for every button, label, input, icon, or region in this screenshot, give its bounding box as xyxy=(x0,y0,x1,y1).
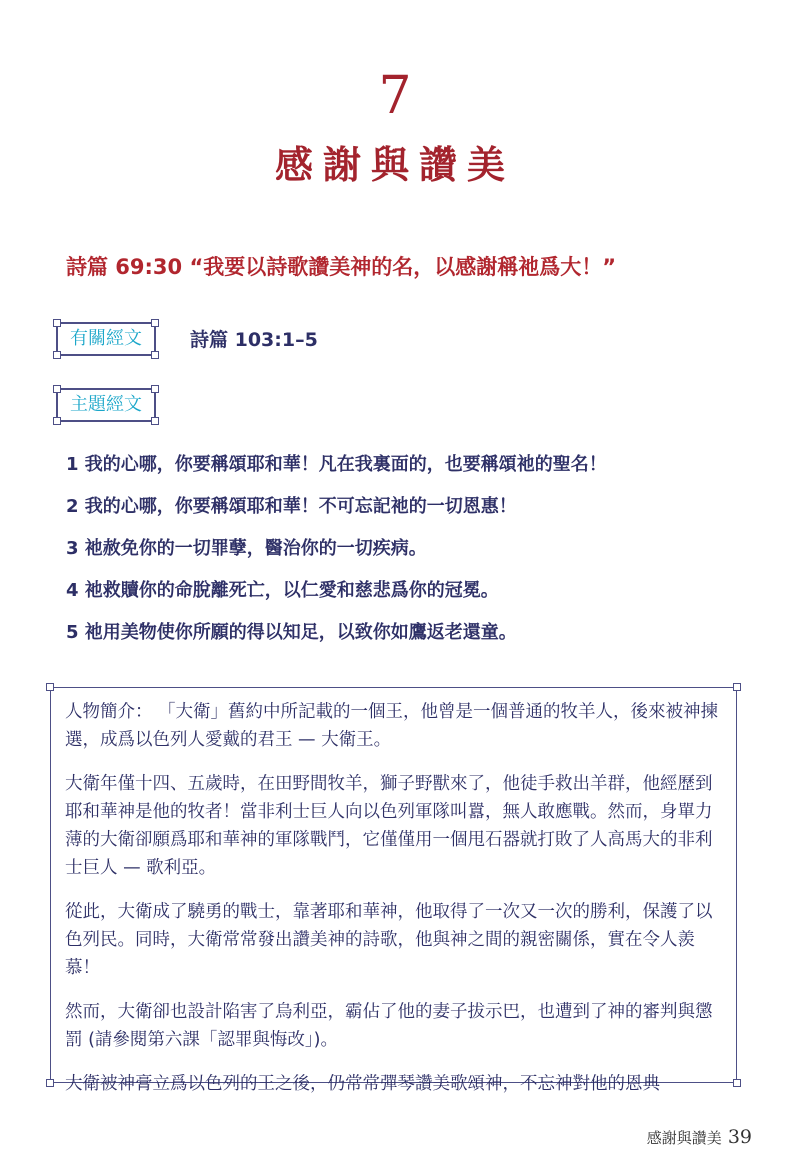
related-scripture-reference: 詩篇 103:1–5 xyxy=(190,326,318,354)
frame-corner-ornament xyxy=(46,1079,54,1087)
theme-verses: 1 我的心哪，你要稱頌耶和華！凡在我裏面的，也要稱頌祂的聖名！ 2 我的心哪，你… xyxy=(66,452,607,662)
related-scripture-label: 有關經文 xyxy=(56,322,156,356)
frame-corner-ornament xyxy=(53,417,61,425)
page-number: 39 xyxy=(728,1126,752,1148)
key-verse: 詩篇 69:30 “我要以詩歌讚美神的名，以感謝稱祂爲大！” xyxy=(66,252,616,282)
frame-corner-ornament xyxy=(46,683,54,691)
biography-paragraph: 大衛被神膏立爲以色列的王之後，仍常常彈琴讚美歌頌神，不忘神對他的恩典 xyxy=(65,1070,722,1098)
running-title: 感謝與讚美 xyxy=(647,1129,722,1147)
biography-box: 人物簡介： 「大衛」舊約中所記載的一個王，他曾是一個普通的牧羊人，後來被神揀選，… xyxy=(50,687,737,1083)
frame-corner-ornament xyxy=(53,351,61,359)
biography-paragraph: 大衛年僅十四、五歲時，在田野間牧羊，獅子野獸來了，他徒手救出羊群，他經歷到耶和華… xyxy=(65,770,722,882)
verse-line: 1 我的心哪，你要稱頌耶和華！凡在我裏面的，也要稱頌祂的聖名！ xyxy=(66,452,607,494)
theme-scripture-label: 主題經文 xyxy=(56,388,156,422)
verse-line: 3 祂赦免你的一切罪孽，醫治你的一切疾病。 xyxy=(66,536,607,578)
related-scripture-label-text: 有關經文 xyxy=(70,328,142,349)
verse-line: 4 祂救贖你的命脫離死亡，以仁愛和慈悲爲你的冠冕。 xyxy=(66,578,607,620)
verse-line: 2 我的心哪，你要稱頌耶和華！不可忘記祂的一切恩惠！ xyxy=(66,494,607,536)
biography-paragraph: 人物簡介： 「大衛」舊約中所記載的一個王，他曾是一個普通的牧羊人，後來被神揀選，… xyxy=(65,698,722,754)
biography-paragraph: 從此，大衛成了驍勇的戰士，靠著耶和華神，他取得了一次又一次的勝利，保護了以色列民… xyxy=(65,898,722,982)
biography-paragraph: 然而，大衛卻也設計陷害了烏利亞，霸佔了他的妻子拔示巴，也遭到了神的審判與懲罰 (… xyxy=(65,998,722,1054)
frame-corner-ornament xyxy=(733,683,741,691)
frame-corner-ornament xyxy=(151,385,159,393)
theme-scripture-label-text: 主題經文 xyxy=(70,394,142,415)
verse-line: 5 祂用美物使你所願的得以知足，以致你如鷹返老還童。 xyxy=(66,620,607,662)
chapter-number: 7 xyxy=(0,66,790,126)
page-footer: 感謝與讚美39 xyxy=(647,1125,752,1150)
frame-corner-ornament xyxy=(733,1079,741,1087)
frame-corner-ornament xyxy=(151,319,159,327)
chapter-title: 感謝與讚美 xyxy=(0,140,790,190)
